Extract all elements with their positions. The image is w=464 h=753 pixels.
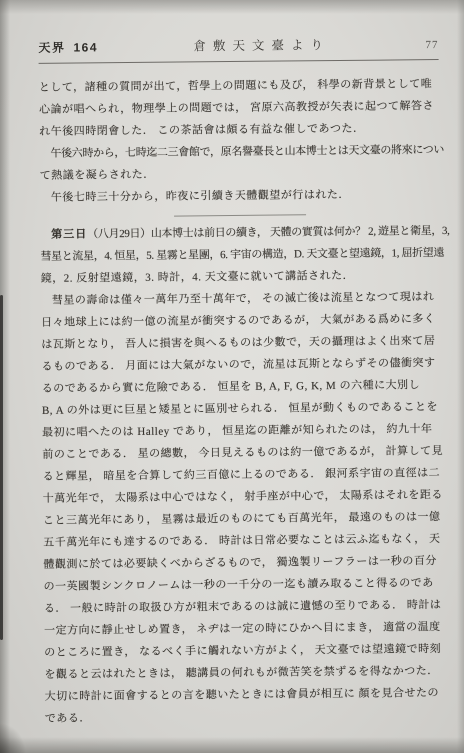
text-line: 午後六時から，七時迄二三會館で，原名譽臺長と山本博士とは天文臺の將來につい [39,139,439,165]
page-content: 天界164 倉敷天文臺より 77 として，諸種の質問が出て，哲學上の問題にも及び… [0,0,464,730]
page-number: 77 [425,39,438,51]
journal-title: 天界164 [38,38,98,56]
page-header: 天界164 倉敷天文臺より 77 [38,34,438,56]
article-title: 倉敷天文臺より [98,34,426,55]
header-rule [39,59,439,64]
text-line: である． [45,704,445,730]
issue-number: 164 [73,40,98,54]
text-line: 心論が唱へられ，物理學上の問題では， 宮原六高教授が矢表に起つて解答さ [39,95,439,121]
text-line: 午後七時三十分から，昨夜に引續き天體觀望が行はれた． [40,183,440,209]
scan-edge-right [457,0,464,753]
journal-name: 天界 [38,41,65,55]
bold-run-in-heading: 第三日 [51,228,87,240]
binding-gutter-shadow [0,295,3,640]
scan-edge-top [0,0,464,14]
corner-shadow [0,723,26,753]
scan-edge-bottom [0,737,464,753]
section-divider [174,214,306,216]
scanned-page: 天界164 倉敷天文臺より 77 として，諸種の質問が出て，哲學上の問題にも及び… [0,0,464,753]
text-line: 彗星と流星，4. 恒星，5. 星霧と星團，6. 宇宙の構造，D. 天文臺と望遠鏡… [40,242,440,268]
body-lines: として，諸種の質問が出て，哲學上の問題にも及び， 科學の新背景として唯心論が唱へ… [39,73,445,730]
text-line: 大切に時計に面會するとの言を聽いたときには會員が相互に 顏を見合せたの [45,682,445,708]
